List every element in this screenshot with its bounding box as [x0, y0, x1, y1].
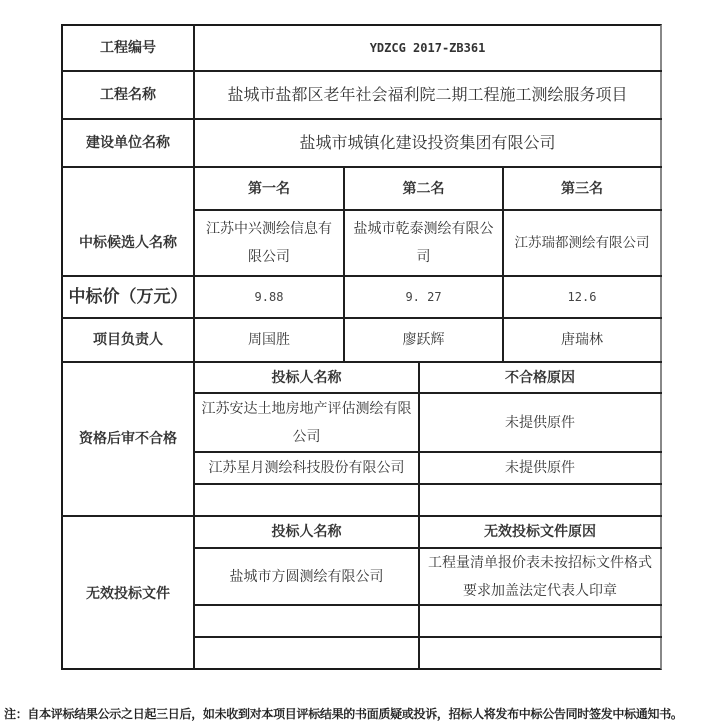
- disqualified-label: 资格后审不合格: [63, 363, 193, 515]
- invalid-reason-1: 工程量清单报价表未按招标文件格式要求加盖法定代表人印章: [420, 549, 660, 604]
- disqualified-reason-header: 不合格原因: [420, 363, 660, 392]
- price-label: 中标价（万元）: [63, 277, 193, 317]
- invalid-bidder-2: [195, 606, 418, 636]
- project-code-value: YDZCG 2017-ZB361: [195, 26, 660, 70]
- footnote: 注：自本评标结果公示之日起三日后，如未收到对本项目评标结果的书面质疑或投诉，招标…: [4, 705, 683, 722]
- disqualified-bidder-2: 江苏星月测绘科技股份有限公司: [195, 453, 418, 483]
- candidate-name-3: 江苏瑞都测绘有限公司: [504, 211, 660, 275]
- invalid-bidder-3: [195, 638, 418, 670]
- owner-value: 盐城市城镇化建设投资集团有限公司: [195, 120, 660, 166]
- manager-2: 廖跃辉: [345, 319, 502, 361]
- candidate-name-label: 中标候选人名称: [63, 211, 193, 275]
- candidate-name-1: 江苏中兴测绘信息有限公司: [195, 211, 343, 275]
- rank-3-header: 第三名: [504, 168, 660, 209]
- disqualified-bidder-header: 投标人名称: [195, 363, 418, 392]
- project-name-label: 工程名称: [63, 72, 193, 118]
- invalid-reason-3: [420, 638, 660, 670]
- manager-3: 唐瑞林: [504, 319, 660, 361]
- invalid-reason-2: [420, 606, 660, 636]
- manager-1: 周国胜: [195, 319, 343, 361]
- invalid-reason-header: 无效投标文件原因: [420, 517, 660, 547]
- price-1: 9.88: [195, 277, 343, 317]
- disqualified-reason-2: 未提供原件: [420, 453, 660, 483]
- price-2: 9. 27: [345, 277, 502, 317]
- candidate-name-2: 盐城市乾泰测绘有限公司: [345, 211, 502, 275]
- project-code-label: 工程编号: [63, 26, 193, 70]
- project-name-value: 盐城市盐都区老年社会福利院二期工程施工测绘服务项目: [195, 72, 660, 118]
- invalid-label: 无效投标文件: [63, 517, 193, 670]
- rank-2-header: 第二名: [345, 168, 502, 209]
- disqualified-reason-3: [420, 485, 660, 515]
- disqualified-bidder-1: 江苏安达土地房地产评估测绘有限公司: [195, 394, 418, 451]
- invalid-bidder-header: 投标人名称: [195, 517, 418, 547]
- disqualified-reason-1: 未提供原件: [420, 394, 660, 451]
- rank-1-header: 第一名: [195, 168, 343, 209]
- price-3: 12.6: [504, 277, 660, 317]
- manager-label: 项目负责人: [63, 319, 193, 361]
- owner-label: 建设单位名称: [63, 120, 193, 166]
- disqualified-bidder-3: [195, 485, 418, 515]
- invalid-bidder-1: 盐城市方圆测绘有限公司: [195, 549, 418, 604]
